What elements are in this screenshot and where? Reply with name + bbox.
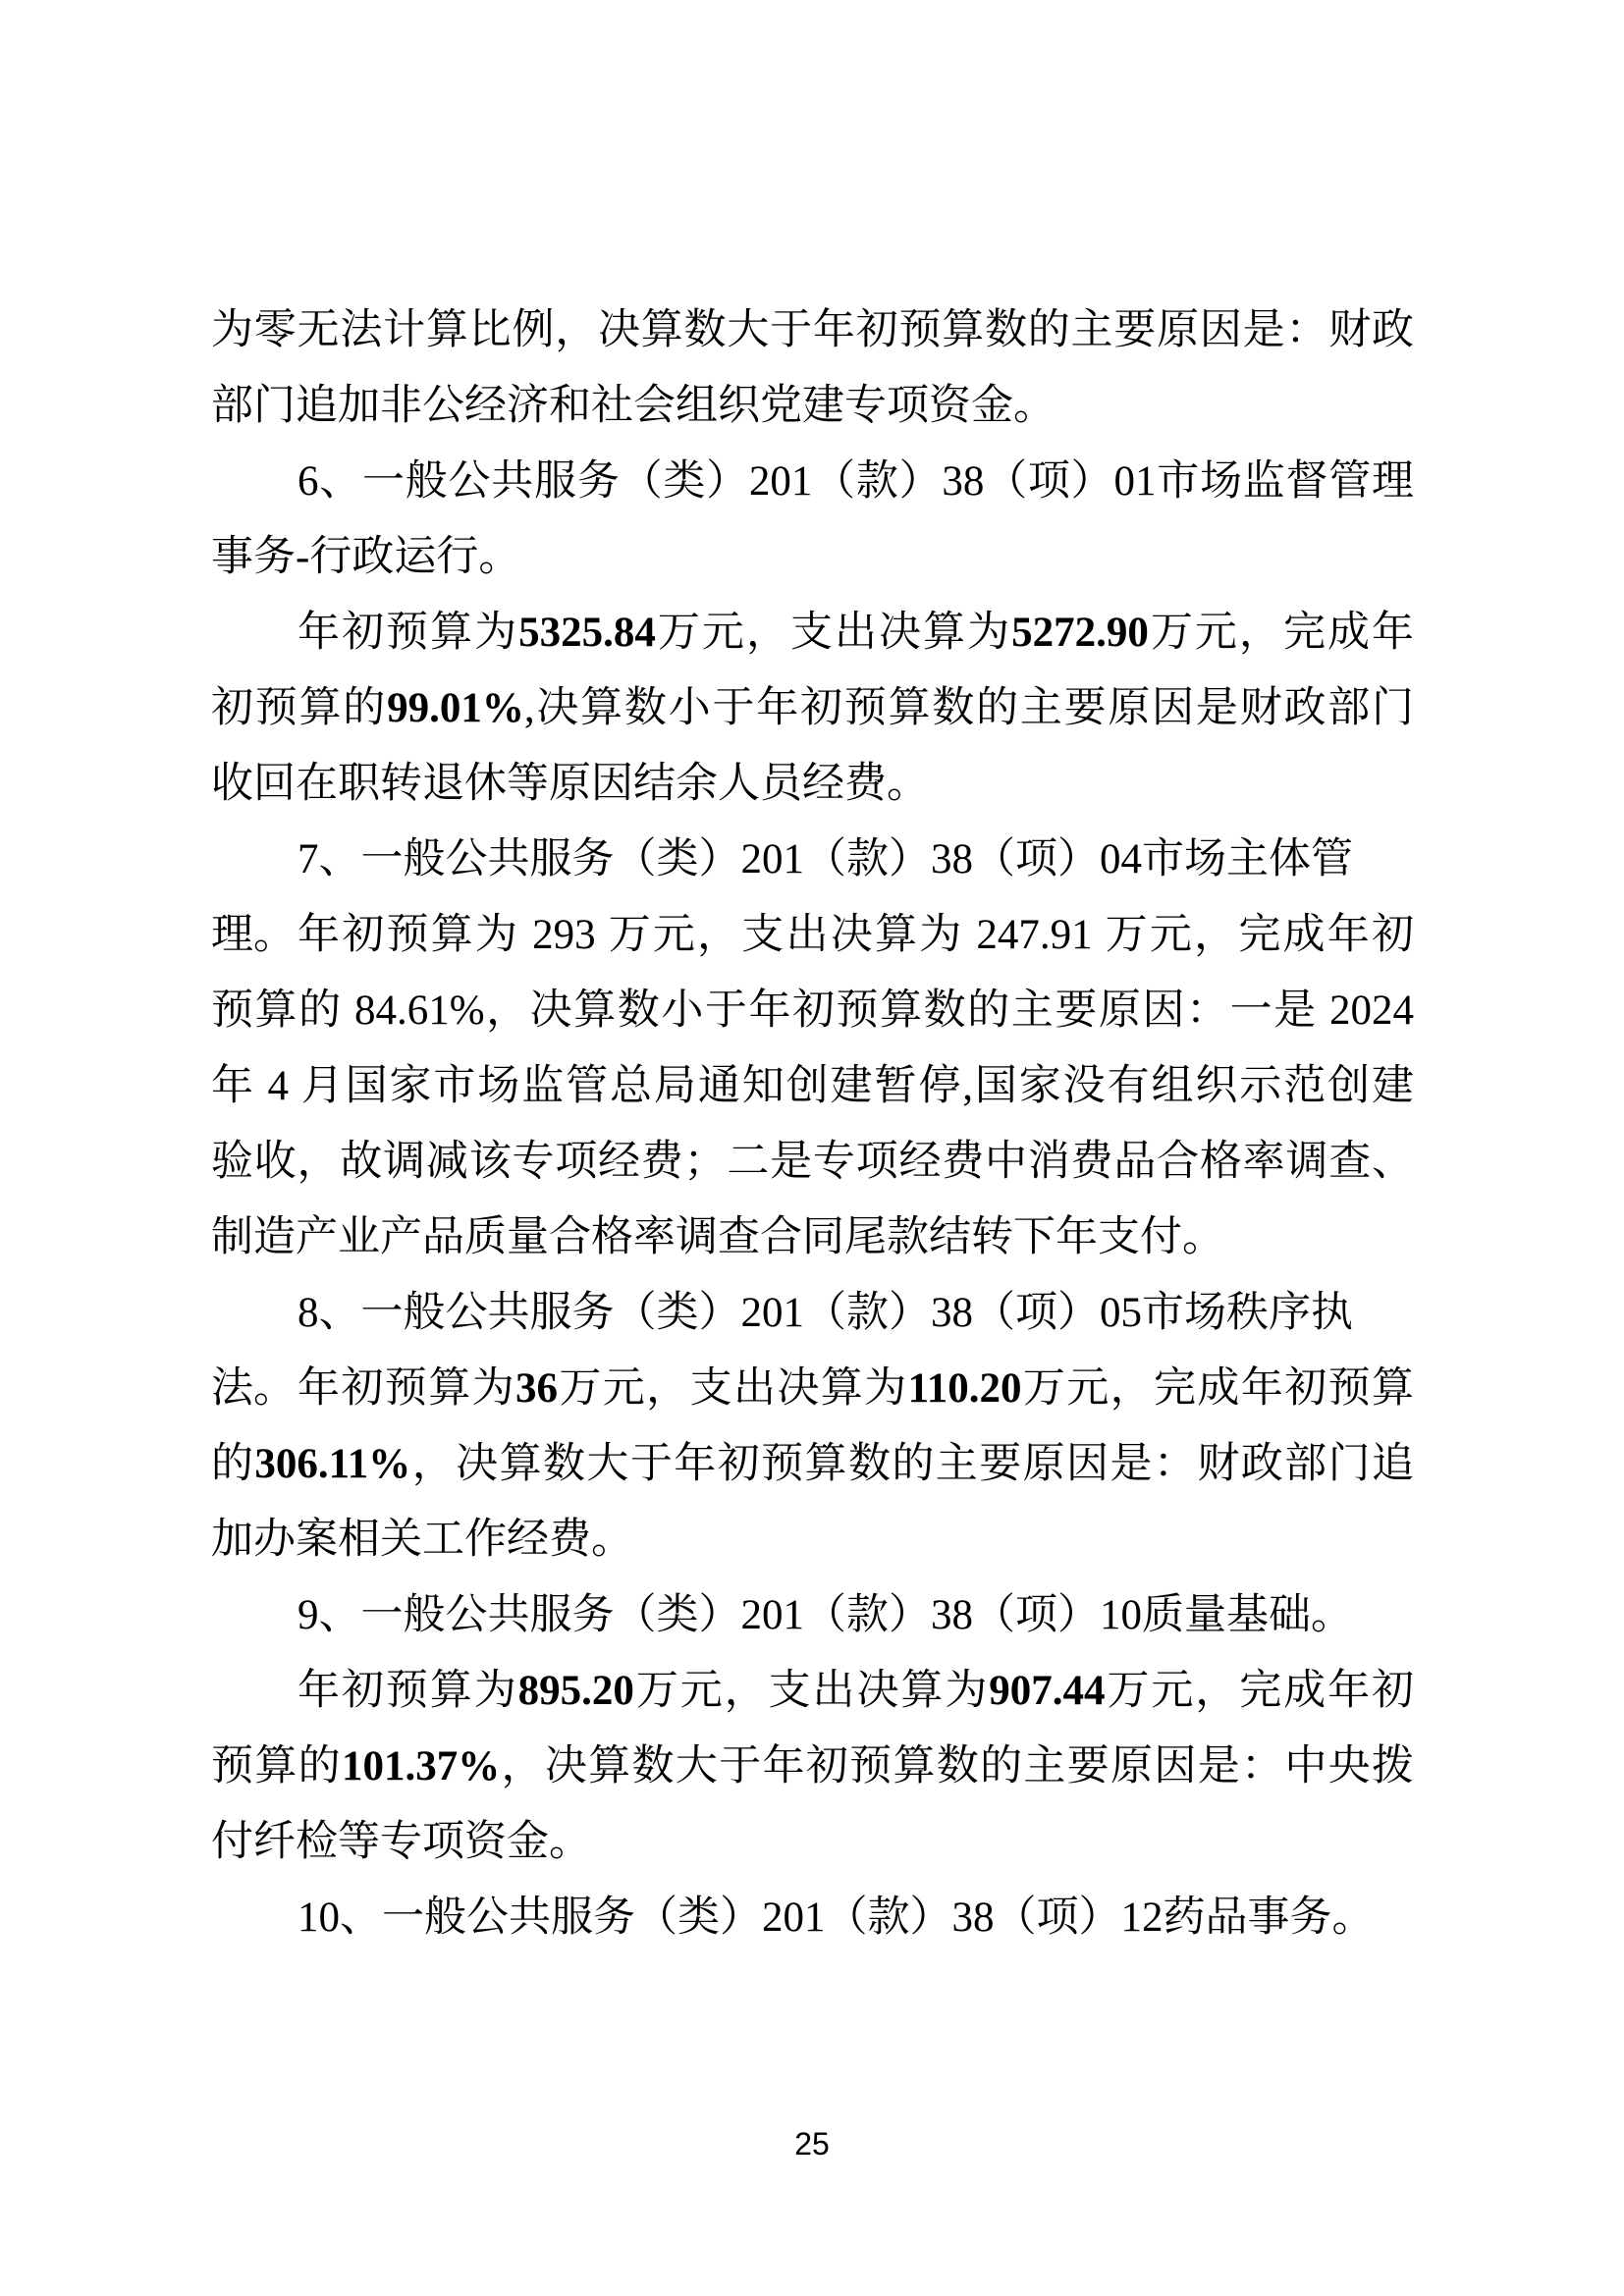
text-line: 6、一般公共服务（类）201（款）38（项）01市场监督管理	[211, 444, 1414, 519]
bold-number: 5325.84	[518, 610, 656, 656]
text-line: 年初预算为 293 万元，支出决算为 247.91 万元，完成年初	[211, 897, 1414, 973]
bold-number: 36	[515, 1365, 558, 1412]
page-number: 25	[0, 2124, 1624, 2163]
bold-number: 99.01%	[387, 685, 524, 731]
text-line: 事务-行政运行。	[211, 519, 1414, 595]
text-line: 验收，故调减该专项经费；二是专项经费中消费品合格率调查、	[211, 1124, 1414, 1200]
text-line: 部门追加非公经济和社会组织党建专项资金。	[211, 368, 1414, 444]
text-line: 付纤检等专项资金。	[211, 1804, 1414, 1880]
text-line: 年 4 月国家市场监管总局通知创建暂停,国家没有组织示范创建	[211, 1048, 1414, 1124]
text-line: 为零无法计算比例，决算数大于年初预算数的主要原因是：财政	[211, 293, 1414, 368]
text-line: 加办案相关工作经费。	[211, 1502, 1414, 1577]
text-line: 收回在职转退休等原因结余人员经费。	[211, 746, 1414, 822]
bold-number: 306.11%	[254, 1441, 410, 1487]
document-page: 为零无法计算比例，决算数大于年初预算数的主要原因是：财政部门追加非公经济和社会组…	[0, 0, 1624, 2296]
bold-number: 5272.90	[1011, 610, 1149, 656]
text-line: 年初预算为895.20万元，支出决算为907.44万元，完成年初	[211, 1653, 1414, 1729]
text-line: 初预算的99.01%,决算数小于年初预算数的主要原因是财政部门	[211, 670, 1414, 746]
bold-number: 907.44	[989, 1668, 1105, 1714]
bold-number: 101.37%	[342, 1743, 500, 1789]
bold-number: 895.20	[518, 1668, 634, 1714]
text-line: 8、一般公共服务（类）201（款）38（项）05市场秩序执法。	[211, 1275, 1414, 1351]
text-line: 的306.11%，决算数大于年初预算数的主要原因是：财政部门追	[211, 1426, 1414, 1502]
text-line: 7、一般公共服务（类）201（款）38（项）04市场主体管理。	[211, 822, 1414, 897]
text-line: 年初预算为5325.84万元，支出决算为5272.90万元，完成年	[211, 595, 1414, 670]
text-line: 年初预算为36万元，支出决算为110.20万元，完成年初预算	[211, 1351, 1414, 1426]
text-line: 预算的101.37%，决算数大于年初预算数的主要原因是：中央拨	[211, 1729, 1414, 1804]
body-text: 为零无法计算比例，决算数大于年初预算数的主要原因是：财政部门追加非公经济和社会组…	[211, 293, 1414, 1955]
bold-number: 110.20	[908, 1365, 1022, 1412]
text-line: 10、一般公共服务（类）201（款）38（项）12药品事务。	[211, 1880, 1414, 1955]
text-line: 预算的 84.61%，决算数小于年初预算数的主要原因：一是 2024	[211, 973, 1414, 1048]
text-line: 9、一般公共服务（类）201（款）38（项）10质量基础。	[211, 1577, 1414, 1653]
text-line: 制造产业产品质量合格率调查合同尾款结转下年支付。	[211, 1200, 1414, 1275]
